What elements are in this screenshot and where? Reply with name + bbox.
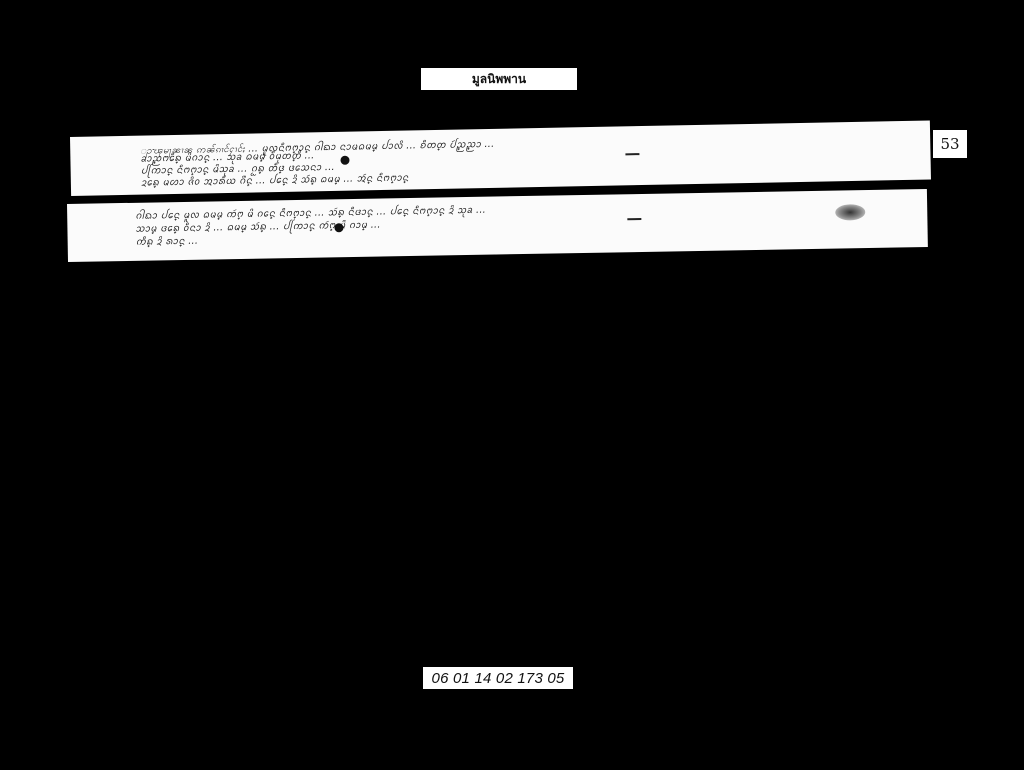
binding-hole xyxy=(340,156,349,165)
title-label: มูลนิพพาน xyxy=(421,68,577,90)
title-label-text: มูลนิพพาน xyxy=(472,70,526,89)
stain-mark xyxy=(835,204,865,221)
section-mark xyxy=(627,218,641,220)
section-mark xyxy=(625,153,639,155)
palm-leaf-1: ၣ᠊ၾမႃၼၢၼ ဢၼ်ၵၢင်ႁၢင်ႈ ... ᨾᩪᩃᨶᩥᨻ᩠ᨻᩣ᩠ᨶ ᨣᩤ… xyxy=(70,120,931,195)
leaf-2-line-3: ᨠᩥ᩠ᨦ ᨯᩦ ᩁᩣ᩠ᨶ ... xyxy=(136,234,199,250)
palm-leaf-2: ᨣᩤᨳᩣ ᨸᩮ᩠ᨶ ᨾᩪᩃ ᨵᨾ᩠ᨾ ᨠᩢ᩠ᨻ ᨾᩦ ᨣᩮ᩠ᨶ ᨶᩥᨻ᩠ᨻᩣ᩠ᨶ… xyxy=(67,189,928,262)
page-number: 53 xyxy=(933,130,967,158)
catalog-code-label: 06 01 14 02 173 05 xyxy=(423,667,573,689)
